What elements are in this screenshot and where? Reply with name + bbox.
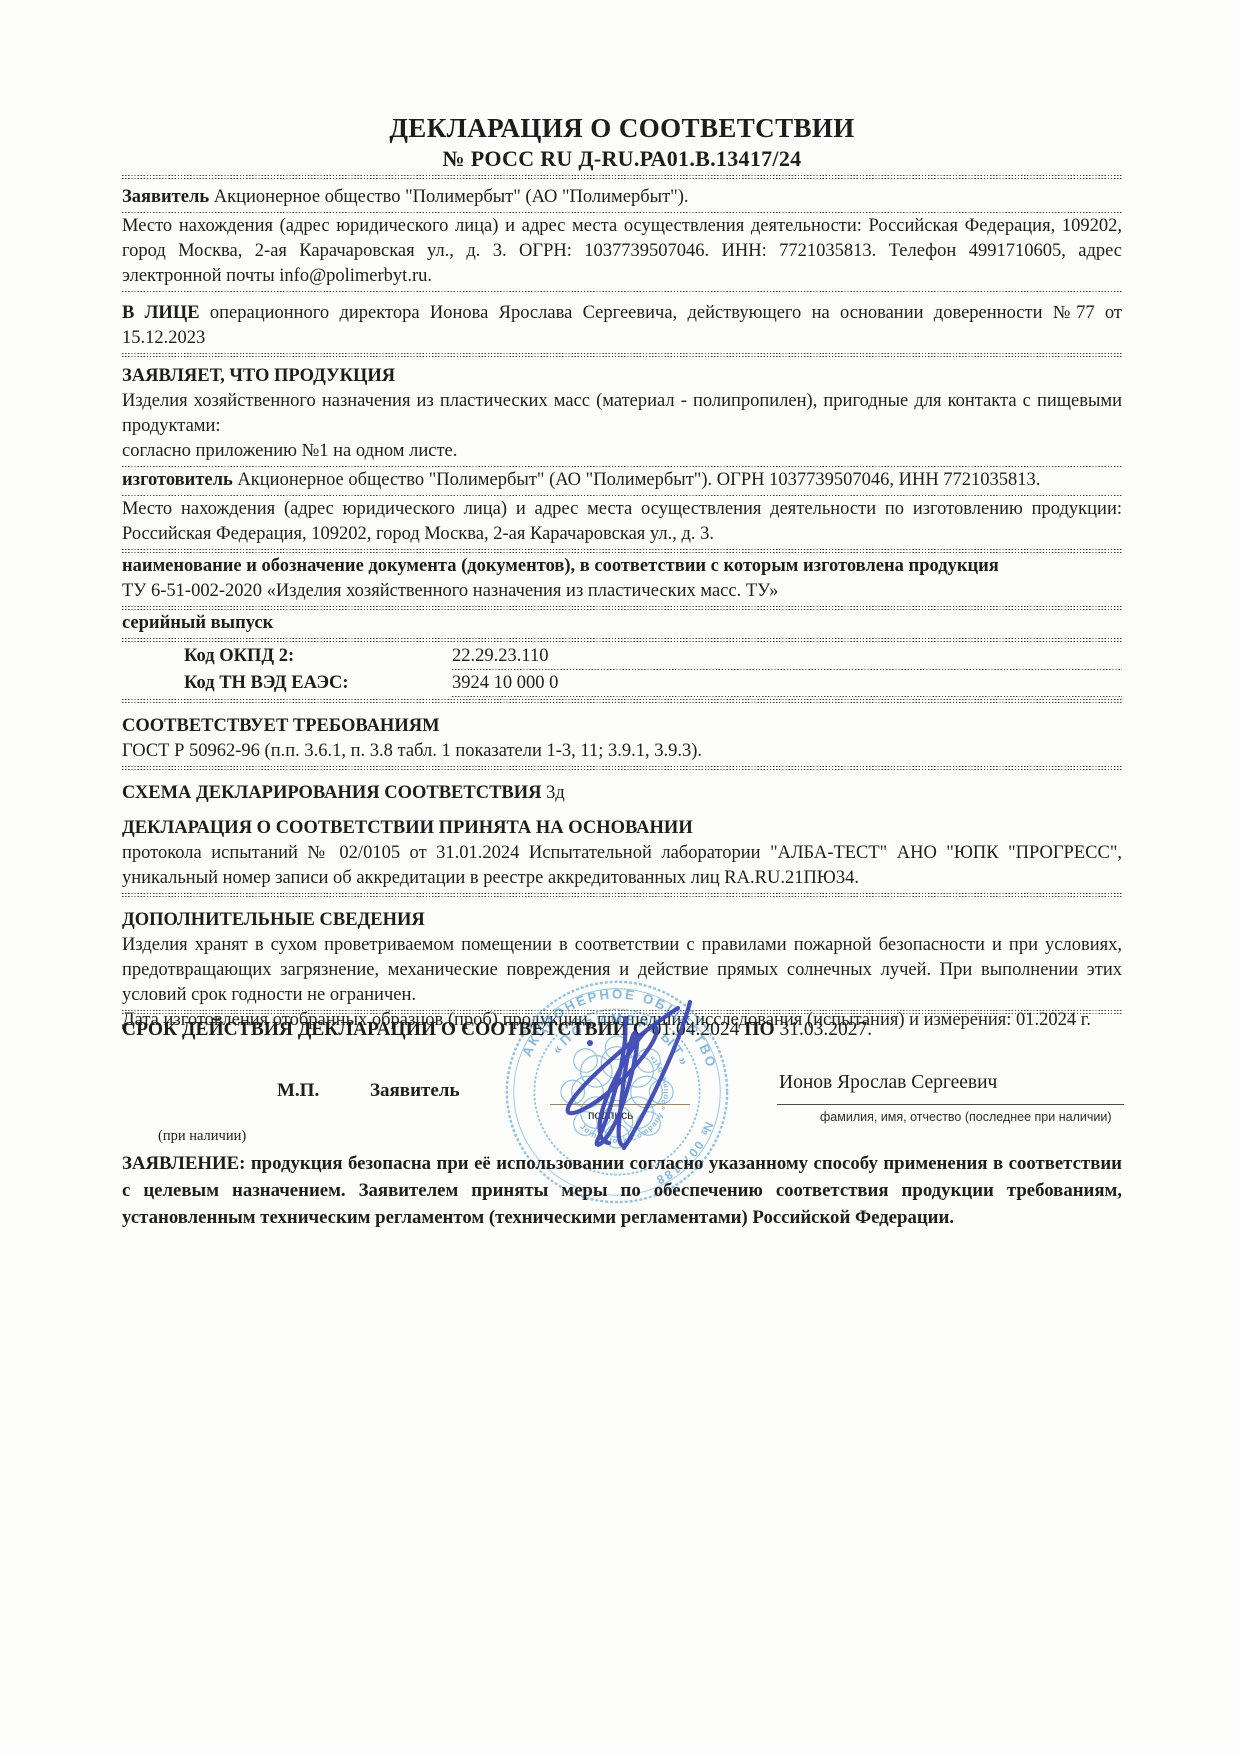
divider xyxy=(122,175,1122,180)
declares-annex: согласно приложению №1 на одном листе. xyxy=(122,439,1122,464)
okpd-code-row: Код ОКПД 2: 22.29.23.110 xyxy=(122,643,1122,670)
manufacturer-name: Акционерное общество "Полимербыт" (АО "П… xyxy=(237,470,1040,490)
tnved-value: 3924 10 000 0 xyxy=(452,670,1122,697)
basis-doc-value: ТУ 6-51-002-2020 «Изделия хозяйственного… xyxy=(122,579,1122,604)
stamp-place-label: М.П. xyxy=(277,1080,319,1102)
okpd-label: Код ОКПД 2: xyxy=(184,643,452,670)
spacer xyxy=(122,771,1122,781)
scheme-heading: СХЕМА ДЕКЛАРИРОВАНИЯ СООТВЕТСТВИЯ xyxy=(122,783,542,803)
applicant-address: Место нахождения (адрес юридического лиц… xyxy=(122,214,1122,289)
name-line xyxy=(777,1104,1124,1105)
complies-heading: СООТВЕТСТВУЕТ ТРЕБОВАНИЯМ xyxy=(122,714,1122,739)
in-person-text: операционного директора Ионова Ярослава … xyxy=(122,303,1122,348)
scheme-line: СХЕМА ДЕКЛАРИРОВАНИЯ СООТВЕТСТВИЯ 3д xyxy=(122,781,1122,806)
in-person-label: В ЛИЦЕ xyxy=(122,303,200,323)
signature-graphic xyxy=(528,986,718,1176)
serial-release: серийный выпуск xyxy=(122,611,1122,636)
basis-doc-heading: наименование и обозначение документа (до… xyxy=(122,554,1122,579)
okpd-value: 22.29.23.110 xyxy=(452,643,1122,670)
spacer xyxy=(122,293,1122,301)
tnved-code-row: Код ТН ВЭД ЕАЭС: 3924 10 000 0 xyxy=(122,670,1122,697)
manufacturer-address: Место нахождения (адрес юридического лиц… xyxy=(122,497,1122,547)
applicant-line: Заявитель Акционерное общество "Полимерб… xyxy=(122,185,1122,210)
handwritten-signature xyxy=(528,986,718,1176)
spacer xyxy=(122,898,1122,908)
adopted-text: протокола испытаний № 02/0105 от 31.01.2… xyxy=(122,841,1122,891)
tnved-label: Код ТН ВЭД ЕАЭС: xyxy=(184,670,452,697)
adopted-heading: ДЕКЛАРАЦИЯ О СООТВЕТСТВИИ ПРИНЯТА НА ОСН… xyxy=(122,816,1122,841)
document-title: ДЕКЛАРАЦИЯ О СООТВЕТСТВИИ xyxy=(122,112,1122,145)
declares-heading: ЗАЯВЛЯЕТ, ЧТО ПРОДУКЦИЯ xyxy=(122,364,1122,389)
declares-product: Изделия хозяйственного назначения из пла… xyxy=(122,389,1122,439)
document-body: ДЕКЛАРАЦИЯ О СООТВЕТСТВИИ № РОСС RU Д-RU… xyxy=(122,0,1122,1033)
manufacturer-line: изготовитель Акционерное общество "Полим… xyxy=(122,468,1122,493)
spacer xyxy=(122,704,1122,714)
validity-to-date: 31.03.2027. xyxy=(780,1019,873,1040)
in-person-line: В ЛИЦЕ операционного директора Ионова Яр… xyxy=(122,301,1122,351)
validity-line: СРОК ДЕЙСТВИЯ ДЕКЛАРАЦИИ О СООТВЕТСТВИИ … xyxy=(122,1017,872,1043)
spacer xyxy=(122,806,1122,816)
manufacturer-label: изготовитель xyxy=(122,470,233,490)
signatory-name: Ионов Ярослав Сергеевич xyxy=(779,1072,997,1094)
additional-heading: ДОПОЛНИТЕЛЬНЫЕ СВЕДЕНИЯ xyxy=(122,908,1122,933)
applicant-role-label: Заявитель xyxy=(370,1080,460,1102)
statement-label: ЗАЯВЛЕНИЕ: xyxy=(122,1153,251,1174)
declaration-number: № РОСС RU Д-RU.РА01.В.13417/24 xyxy=(122,145,1122,173)
name-caption: фамилия, имя, отчество (последнее при на… xyxy=(820,1110,1112,1124)
applicant-label: Заявитель xyxy=(122,187,209,207)
scheme-value: 3д xyxy=(546,783,565,803)
complies-value: ГОСТ Р 50962-96 (п.п. 3.6.1, п. 3.8 табл… xyxy=(122,739,1122,764)
validity-po: ПО xyxy=(739,1019,779,1040)
if-available-note: (при наличии) xyxy=(158,1128,246,1145)
applicant-name: Акционерное общество "Полимербыт" (АО "П… xyxy=(214,187,689,207)
declaration-page: ДЕКЛАРАЦИЯ О СООТВЕТСТВИИ № РОСС RU Д-RU… xyxy=(0,0,1240,1755)
